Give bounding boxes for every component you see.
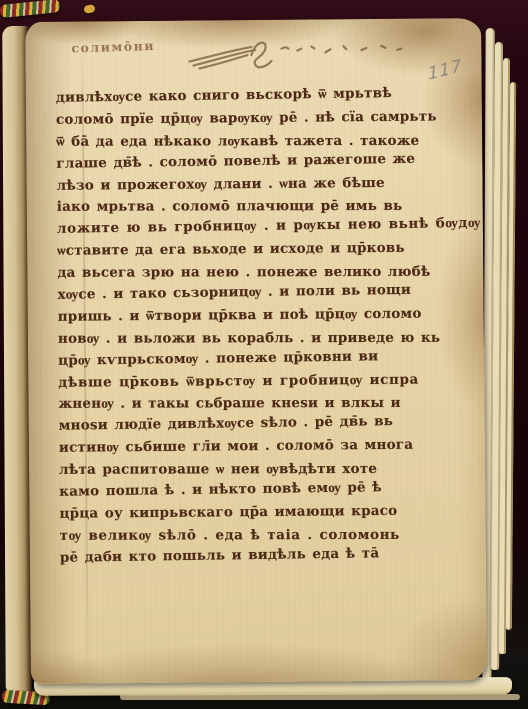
manuscript-line: соломо̄ прїе цр̄цѹ варѹкѹ ре̄ . нѣ сїа с… [56,106,470,132]
manuscript-line: мноѕи людїе дивлѣхѹсе ѕѣло . ре̄ дв̄ь вь [59,410,473,438]
manuscript-line: лѣзо и прожегохѹ длани . ѡна же бѣше [56,172,470,198]
pen-scribble-icon [185,33,411,73]
manuscript-photo: солимо̄ни 117 дивлѣхѹсе како сниго вьско… [0,0,528,709]
manuscript-line: пришь . и ѿтвори цр̄ква и поѣ цр̄цѹ соло… [58,303,472,329]
endband-tip-icon [83,4,95,14]
manuscript-line: цр̄ца оу кипрьвскаго цр̄а имающи красо [59,500,473,526]
manuscript-line: ѡставите да ега вьходе и исходе и цр̄ков… [57,237,471,263]
manuscript-line: истинѹ сьбише гл̄и мои . соломо̄ за мног… [59,434,473,460]
manuscript-line: дивлѣхѹсе како сниго вьскорѣ ѿ мрьтвѣ [56,82,470,110]
header-inscription: солимо̄ни [71,38,155,55]
page-stack-bottom-edge [120,694,520,700]
manuscript-page: солимо̄ни 117 дивлѣхѹсе како сниго вьско… [25,18,487,684]
manuscript-line: хѹсе . и тако сьзорницѹ . и поли вь нощи [57,279,471,307]
manuscript-text: дивлѣхѹсе како сниго вьскорѣ ѿ мрьтвѣсол… [56,84,474,569]
manuscript-line: ложите ю вь гробницѹ . и рѹкы нею вьнѣ б… [57,213,471,241]
endband-top-icon [0,0,61,18]
folio-number: 117 [427,56,464,85]
manuscript-line: камо пошла ѣ . и нѣкто повѣ емѹ ре̄ ѣ [59,476,473,504]
manuscript-line: дѣвше цр̄ковь ѿврьстѹ и гробницѹ испра [58,369,472,395]
